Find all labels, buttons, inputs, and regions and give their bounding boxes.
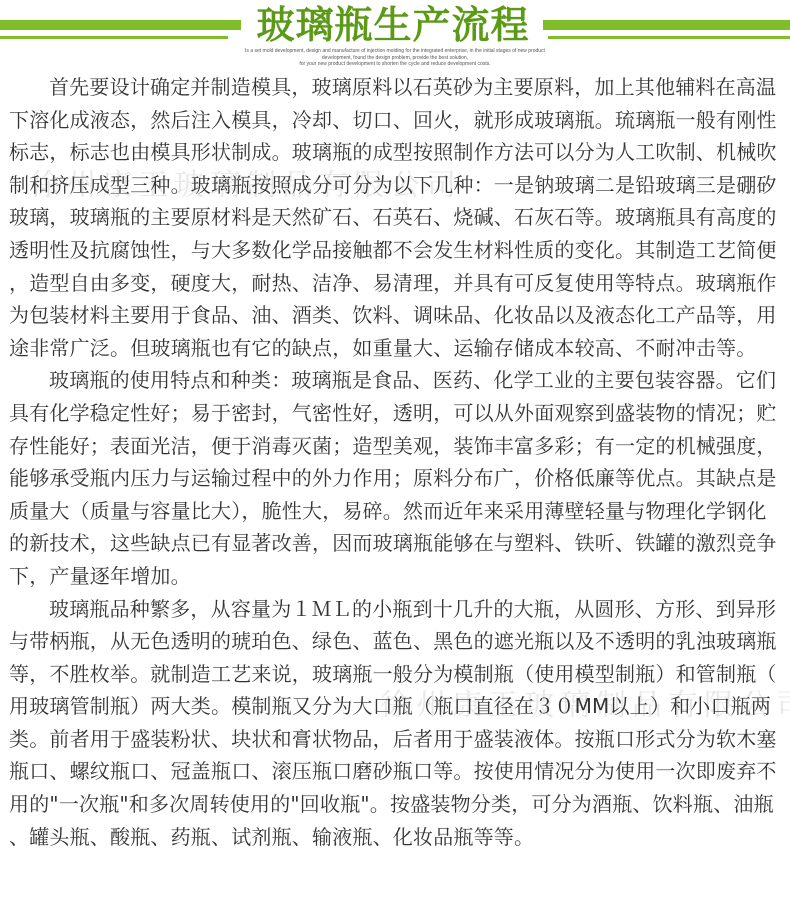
body-line: 等，不胜枚举。就制造工艺来说，玻璃瓶一般分为模制瓶（使用模型制瓶）和管制瓶（ [9, 658, 784, 691]
section-header: 玻璃瓶生产流程 Is a set mold development, desig… [0, 0, 790, 72]
body-line: 玻璃瓶的使用特点和种类：玻璃瓶是食品、医药、化学工业的主要包装容器。它们 [9, 364, 784, 397]
body-line: 透明性及抗腐蚀性，与大多数化学品接触都不会发生材料性质的变化。其制造工艺简便 [9, 234, 784, 267]
body-line: 首先要设计确定并制造模具，玻璃原料以石英砂为主要原料，加上其他辅料在高温 [9, 71, 784, 104]
body-line: 为包装材料主要用于食品、油、酒类、饮料、调味品、化妆品以及液态化工产品等，用 [9, 299, 784, 332]
body-line: 瓶口、螺纹瓶口、冠盖瓶口、滚压瓶口磨砂瓶口等。按使用情况分为使用一次即废弃不 [9, 755, 784, 788]
body-line: 玻璃，玻璃瓶的主要原材料是天然矿石、石英石、烧碱、石灰石等。玻璃瓶具有高度的 [9, 201, 784, 234]
body-line: 能够承受瓶内压力与运输过程中的外力作用；原料分布广，价格低廉等优点。其缺点是 [9, 462, 784, 495]
header-rule-thin-left [0, 36, 228, 39]
body-line: 存性能好；表面光洁，便于消毒灭菌；造型美观，装饰丰富多彩；有一定的机械强度， [9, 430, 784, 463]
body-line: 下溶化成液态，然后注入模具，冷却、切口、回火，就形成玻璃瓶。琉璃瓶一般有刚性 [9, 104, 784, 137]
body-line: 途非常广泛。但玻璃瓶也有它的缺点，如重量大、运输存储成本较高、不耐冲击等。 [9, 332, 784, 365]
body-line: 与带柄瓶，从无色透明的琥珀色、绿色、蓝色、黑色的遮光瓶以及不透明的乳浊玻璃瓶 [9, 625, 784, 658]
article-body: 首先要设计确定并制造模具，玻璃原料以石英砂为主要原料，加上其他辅料在高温 下溶化… [9, 71, 784, 853]
body-line: ，造型自由多变，硬度大，耐热、洁净、易清理，并具有可反复使用等特点。玻璃瓶作 [9, 267, 784, 300]
header-rule-thin-right [548, 36, 790, 39]
body-line: 下，产量逐年增加。 [9, 560, 784, 593]
subtitle-line: for your new product development to shor… [150, 61, 640, 68]
header-subtitle: Is a set mold development, design and ma… [150, 48, 640, 68]
page-title: 玻璃瓶生产流程 [243, 3, 543, 47]
body-line: 、罐头瓶、酸瓶、药瓶、试剂瓶、输液瓶、化妆品瓶等等。 [9, 821, 784, 854]
body-line: 具有化学稳定性好；易于密封，气密性好，透明，可以从外面观察到盛装物的情况；贮 [9, 397, 784, 430]
body-line: 制和挤压成型三种。玻璃瓶按照成分可分为以下几种：一是钠玻璃二是铅玻璃三是硼矽 [9, 169, 784, 202]
body-line: 用的"一次瓶"和多次周转使用的"回收瓶"。按盛装物分类，可分为酒瓶、饮料瓶、油瓶 [9, 788, 784, 821]
body-line: 类。前者用于盛装粉状、块状和膏状物品，后者用于盛装液体。按瓶口形式分为软木塞 [9, 723, 784, 756]
body-line: 用玻璃管制瓶）两大类。模制瓶又分为大口瓶（瓶口直径在３０MM以上）和小口瓶两 [9, 690, 784, 723]
body-line: 的新技术，这些缺点已有显著改善，因而玻璃瓶能够在与塑料、铁听、铁罐的激烈竞争 [9, 527, 784, 560]
header-rule-thick-right [543, 20, 790, 30]
body-line: 标志，标志也由模具形状制成。玻璃瓶的成型按照制作方法可以分为人工吹制、机械吹 [9, 136, 784, 169]
header-rule-thick-left [0, 20, 241, 30]
body-line: 质量大（质量与容量比大），脆性大，易碎。然而近年来采用薄壁轻量与物理化学钢化 [9, 495, 784, 528]
body-line: 玻璃瓶品种繁多，从容量为１ＭＬ的小瓶到十几升的大瓶，从圆形、方形、到异形 [9, 593, 784, 626]
